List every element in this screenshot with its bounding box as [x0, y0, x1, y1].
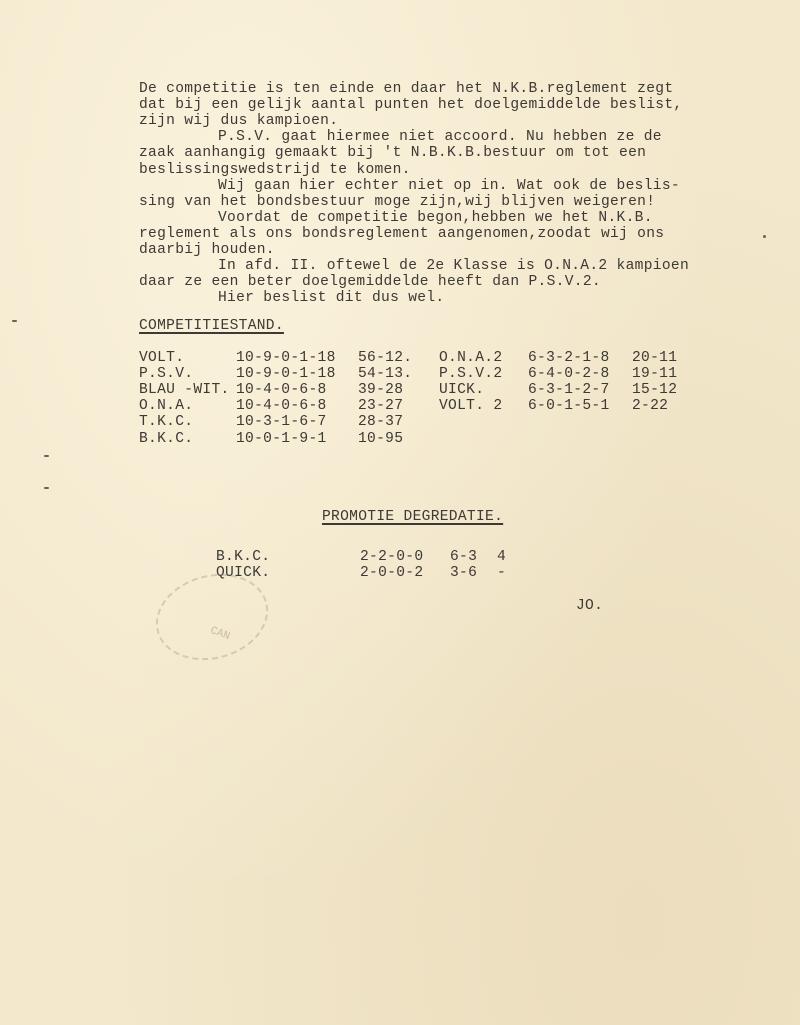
team-record: 6-4-0-2-8: [528, 366, 610, 382]
team-record: 6-3-2-1-8: [528, 350, 610, 366]
text-line: daar ze een beter doelgemiddelde heeft d…: [139, 274, 601, 290]
team-goals: 6-3: [450, 549, 477, 565]
team-record: 6-0-1-5-1: [528, 398, 610, 414]
text-line: beslissingswedstrijd te komen.: [139, 162, 411, 178]
team-goals: 20-11: [632, 350, 677, 366]
text-line: dat bij een gelijk aantal punten het doe…: [139, 97, 682, 113]
team-record: 2-2-0-0: [360, 549, 423, 565]
text-line: De competitie is ten einde en daar het N…: [139, 81, 673, 97]
team-name: VOLT.: [139, 350, 184, 366]
team-record: 2-0-0-2: [360, 565, 423, 581]
team-name: O.N.A.: [139, 398, 193, 414]
team-goals: 19-11: [632, 366, 677, 382]
team-record: 6-3-1-2-7: [528, 382, 610, 398]
typed-document-page: De competitie is ten einde en daar het N…: [0, 0, 800, 1025]
team-record: 10-0-1-9-1: [236, 431, 327, 447]
text-line: reglement als ons bondsreglement aangeno…: [139, 226, 664, 242]
text-line: Voordat de competitie begon,hebben we he…: [218, 210, 653, 226]
text-line: Wij gaan hier echter niet op in. Wat ook…: [218, 178, 680, 194]
team-name: B.K.C.: [216, 549, 270, 565]
team-goals: 2-22: [632, 398, 668, 414]
text-line: Hier beslist dit dus wel.: [218, 290, 444, 306]
team-record: 10-4-0-6-8: [236, 398, 327, 414]
team-name: P.S.V.2: [439, 366, 502, 382]
team-goals: 10-95: [358, 431, 403, 447]
team-name: O.N.A.2: [439, 350, 502, 366]
team-goals: 15-12: [632, 382, 677, 398]
team-goals: 56-12.: [358, 350, 412, 366]
team-record: 10-4-0-6-8: [236, 382, 327, 398]
team-goals: 39-28: [358, 382, 403, 398]
text-line: zijn wij dus kampioen.: [139, 113, 338, 129]
punch-mark: [12, 320, 17, 322]
team-name: BLAU -WIT.: [139, 382, 230, 398]
team-goals: 28-37: [358, 414, 403, 430]
team-name: VOLT. 2: [439, 398, 502, 414]
promotion-heading: PROMOTIE DEGREDATIE.: [322, 509, 503, 525]
team-name: B.K.C.: [139, 431, 193, 447]
team-goals: 23-27: [358, 398, 403, 414]
punch-mark: [44, 455, 49, 457]
team-goals: 3-6: [450, 565, 477, 581]
team-points: -: [497, 565, 506, 581]
standings-heading: COMPETITIESTAND.: [139, 318, 284, 334]
signature: JO.: [576, 598, 603, 614]
team-name: P.S.V.: [139, 366, 193, 382]
text-line: sing van het bondsbestuur moge zijn,wij …: [139, 194, 655, 210]
team-record: 10-9-0-1-18: [236, 366, 336, 382]
text-line: P.S.V. gaat hiermee niet accoord. Nu heb…: [218, 129, 662, 145]
team-record: 10-9-0-1-18: [236, 350, 336, 366]
team-record: 10-3-1-6-7: [236, 414, 327, 430]
team-name: T.K.C.: [139, 414, 193, 430]
text-line: daarbij houden.: [139, 242, 275, 258]
team-goals: 54-13.: [358, 366, 412, 382]
team-points: 4: [497, 549, 506, 565]
text-line: In afd. II. oftewel de 2e Klasse is O.N.…: [218, 258, 689, 274]
edge-mark: [763, 235, 766, 238]
text-line: zaak aanhangig gemaakt bij 't N.B.K.B.be…: [139, 145, 646, 161]
team-name: UICK.: [439, 382, 484, 398]
punch-mark: [44, 487, 49, 489]
